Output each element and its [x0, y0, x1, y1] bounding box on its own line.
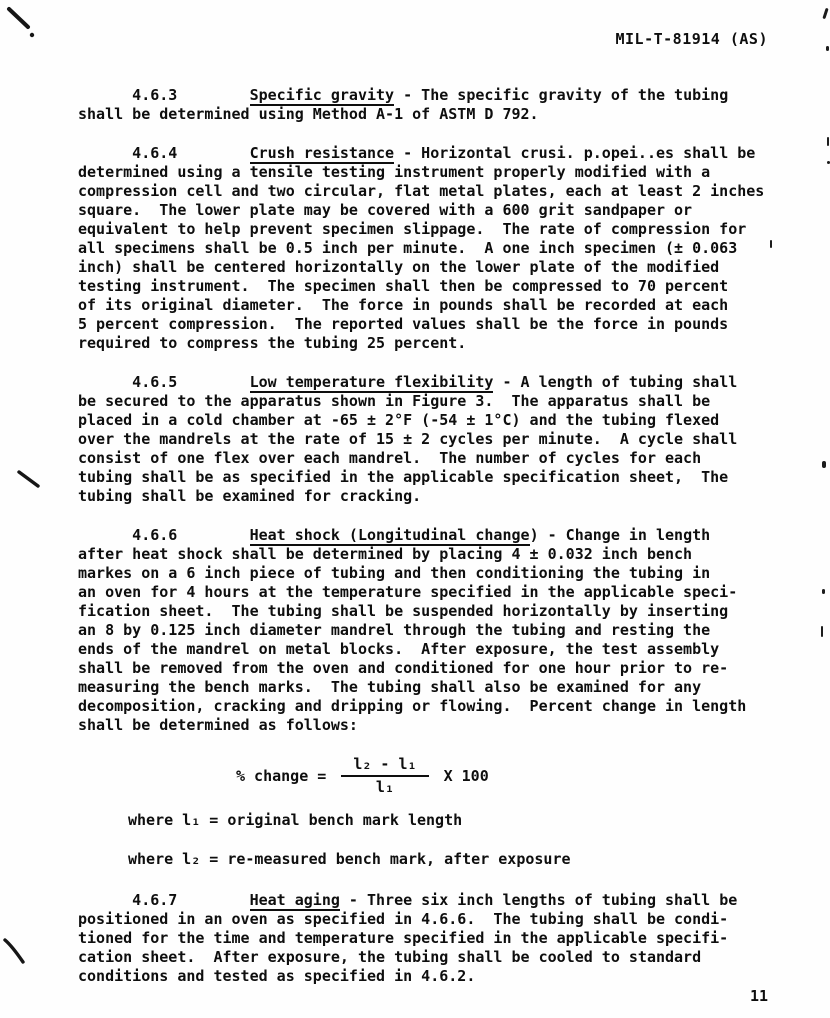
text-line: tubing shall be examined for cracking. — [78, 487, 800, 506]
pen-mark-left-middle — [16, 468, 46, 494]
percent-change-formula: % change = l₂ - l₁l₁ X 100 — [236, 755, 800, 797]
scan-speck — [821, 626, 823, 637]
scan-speck — [822, 461, 826, 468]
section-4-6-5: 4.6.5 Low temperature flexibility - A le… — [78, 373, 800, 506]
text-line: shall be determined using Method A-1 of … — [78, 105, 800, 124]
section-heading-rest: - A length of tubing shall — [493, 373, 737, 391]
section-title: Crush resistance — [250, 144, 395, 164]
scan-speck — [770, 240, 772, 248]
section-title: Heat shock (Longitudinal change — [250, 526, 530, 546]
formula-numerator: l₂ - l₁ — [341, 755, 428, 777]
section-heading-rest: - Horizontal crusi. p.opei..es shall be — [394, 144, 755, 162]
formula-denominator: l₁ — [376, 777, 394, 797]
scan-speck — [822, 8, 828, 19]
text-line: determined using a tensile testing instr… — [78, 163, 800, 182]
text-line: decomposition, cracking and dripping or … — [78, 697, 800, 716]
text-line: ends of the mandrel on metal blocks. Aft… — [78, 640, 800, 659]
section-4-6-4: 4.6.4 Crush resistance - Horizontal crus… — [78, 144, 800, 353]
text-line: square. The lower plate may be covered w… — [78, 201, 800, 220]
formula-rhs: X 100 — [435, 767, 489, 786]
text-line: after heat shock shall be determined by … — [78, 545, 800, 564]
text-line: positioned in an oven as specified in 4.… — [78, 910, 800, 929]
text-line: shall be determined as follows: — [78, 716, 800, 735]
text-line: an 8 by 0.125 inch diameter mandrel thro… — [78, 621, 800, 640]
text-line: markes on a 6 inch piece of tubing and t… — [78, 564, 800, 583]
document-id-header: MIL-T-81914 (AS) — [616, 30, 769, 49]
section-number: 4.6.5 — [78, 373, 250, 391]
section-title: Heat aging — [250, 891, 340, 911]
text-line: fication sheet. The tubing shall be susp… — [78, 602, 800, 621]
section-4-6-7: 4.6.7 Heat aging - Three six inch length… — [78, 891, 800, 986]
text-line: all specimens shall be 0.5 inch per minu… — [78, 239, 800, 258]
section-body-lines: positioned in an oven as specified in 4.… — [78, 910, 800, 986]
formula-definitions: where l₁ = original bench mark length wh… — [78, 811, 800, 869]
text-line: tubing shall be as specified in the appl… — [78, 468, 800, 487]
section-title: Low temperature flexibility — [250, 373, 494, 393]
text-line: required to compress the tubing 25 perce… — [78, 334, 800, 353]
section-heading-line: 4.6.4 Crush resistance - Horizontal crus… — [78, 144, 800, 163]
scan-speck — [827, 137, 829, 146]
page-number: 11 — [750, 987, 768, 1006]
scan-speck — [822, 589, 825, 594]
text-line: tioned for the time and temperature spec… — [78, 929, 800, 948]
section-number: 4.6.7 — [78, 891, 250, 909]
text-line: be secured to the apparatus shown in Fig… — [78, 392, 800, 411]
section-heading-line: 4.6.5 Low temperature flexibility - A le… — [78, 373, 800, 392]
text-line: conditions and tested as specified in 4.… — [78, 967, 800, 986]
where-definition-2: where l₂ = re-measured bench mark, after… — [128, 850, 800, 869]
text-line: equivalent to help prevent specimen slip… — [78, 220, 800, 239]
section-heading-rest: ) - Change in length — [530, 526, 711, 544]
section-heading-line: 4.6.7 Heat aging - Three six inch length… — [78, 891, 800, 910]
pen-mark-top-left — [5, 5, 45, 45]
formula-fraction: l₂ - l₁l₁ — [341, 755, 428, 797]
text-line: of its original diameter. The force in p… — [78, 296, 800, 315]
scan-speck — [826, 46, 829, 51]
section-4-6-3: 4.6.3 Specific gravity - The specific gr… — [78, 86, 800, 124]
section-number: 4.6.4 — [78, 144, 250, 162]
document-page: MIL-T-81914 (AS) 4.6.3 Specific gravity … — [0, 0, 830, 1018]
text-line: 5 percent compression. The reported valu… — [78, 315, 800, 334]
section-number: 4.6.6 — [78, 526, 250, 544]
text-line: shall be removed from the oven and condi… — [78, 659, 800, 678]
text-line: over the mandrels at the rate of 15 ± 2 … — [78, 430, 800, 449]
text-line: inch) shall be centered horizontally on … — [78, 258, 800, 277]
text-line: consist of one flex over each mandrel. T… — [78, 449, 800, 468]
section-4-6-6: 4.6.6 Heat shock (Longitudinal change) -… — [78, 526, 800, 735]
document-body: 4.6.3 Specific gravity - The specific gr… — [78, 86, 800, 1006]
text-line: measuring the bench marks. The tubing sh… — [78, 678, 800, 697]
text-line: placed in a cold chamber at -65 ± 2°F (-… — [78, 411, 800, 430]
section-heading-line: 4.6.3 Specific gravity - The specific gr… — [78, 86, 800, 105]
section-heading-line: 4.6.6 Heat shock (Longitudinal change) -… — [78, 526, 800, 545]
pen-mark-bottom-left — [2, 936, 32, 968]
text-line: testing instrument. The specimen shall t… — [78, 277, 800, 296]
section-body-lines: be secured to the apparatus shown in Fig… — [78, 392, 800, 506]
text-line: compression cell and two circular, flat … — [78, 182, 800, 201]
section-title: Specific gravity — [250, 86, 395, 106]
section-body-lines: after heat shock shall be determined by … — [78, 545, 800, 735]
section-body-lines: determined using a tensile testing instr… — [78, 163, 800, 353]
text-line: an oven for 4 hours at the temperature s… — [78, 583, 800, 602]
section-heading-rest: - The specific gravity of the tubing — [394, 86, 728, 104]
section-heading-rest: - Three six inch lengths of tubing shall… — [340, 891, 737, 909]
formula-lhs: % change = — [236, 767, 335, 786]
where-definition-1: where l₁ = original bench mark length — [128, 811, 800, 830]
text-line: cation sheet. After exposure, the tubing… — [78, 948, 800, 967]
section-number: 4.6.3 — [78, 86, 250, 104]
section-body-lines: shall be determined using Method A-1 of … — [78, 105, 800, 124]
